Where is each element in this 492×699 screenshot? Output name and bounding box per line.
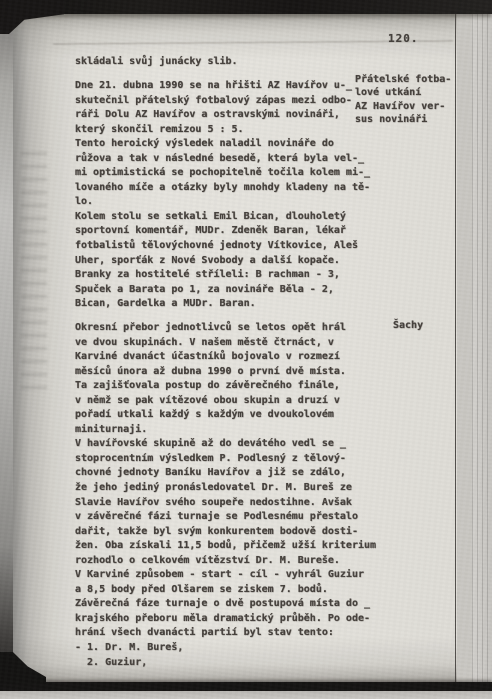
text-line: hrání všech dvanácti partií byl stav ten… <box>75 626 445 641</box>
text-line: Slavie Havířov svého soupeře nedostihne.… <box>75 496 445 511</box>
book-binding-edge <box>0 0 14 699</box>
scanned-document-page: 120. skládali svůj junácky slib. Dne 21.… <box>0 0 492 699</box>
page-number: 120. <box>388 32 419 45</box>
text-line: miniturnaji. <box>75 423 445 438</box>
paper-page: 120. skládali svůj junácky slib. Dne 21.… <box>13 12 457 686</box>
text-line: Okresní přebor jednotlivců se letos opět… <box>75 321 445 336</box>
text-line: Bican, Gardelka a MUDr. Baran. <box>75 297 445 312</box>
text-line: pořadí utkali každý s každým ve dvoukolo… <box>75 408 445 423</box>
text-line: stoprocentním výsledkem P. Podlesný z tě… <box>75 452 445 467</box>
text-line: Tento heroický výsledek naladil novináře… <box>75 137 445 152</box>
text-line: měsíců února až dubna 1990 o první dvě m… <box>75 365 445 380</box>
text-line: chovné jednoty Baníku Havířov a již se z… <box>75 466 445 481</box>
text-line: - 1. Dr. M. Bureš, <box>75 641 445 656</box>
text-line: mi optimistická se pochopitelně točila k… <box>75 166 445 181</box>
scan-background-right <box>472 12 492 684</box>
text-line: rozhodlo o celkovém vítězství Dr. M. Bur… <box>75 554 445 569</box>
paragraph-oath: skládali svůj junácky slib. <box>75 55 445 70</box>
text-line: v němž se pak vítězové obou skupin a dru… <box>75 394 445 409</box>
text-line: V havířovské skupině až do devátého vedl… <box>75 437 445 452</box>
text-line: Branky za hostitelé stříleli: B rachman … <box>75 268 445 283</box>
scan-border-bottom <box>0 682 492 691</box>
showthrough-text-ghost <box>21 152 47 392</box>
text-line: 2. Guziur, <box>75 656 445 671</box>
text-line: sportovní komentář, MUDr. Zdeněk Baran, … <box>75 224 445 239</box>
scan-border-top <box>0 0 492 14</box>
book-page-edges-texture <box>455 10 473 684</box>
text-line: Kolem stolu se setkali Emil Bican, dlouh… <box>75 210 445 225</box>
text-line: Uher, sporťák z Nové Svobody a další kop… <box>75 254 445 269</box>
paragraph-chess-tournament: Okresní přebor jednotlivců se letos opět… <box>75 321 445 670</box>
text-line: lovaného míče a otázky byly mnohdy klade… <box>75 181 445 196</box>
text-line: že jeho jediný pronásledovatel Dr. M. Bu… <box>75 481 445 496</box>
text-line: růžova a tak v následné besedě, která by… <box>75 152 445 167</box>
paragraph-football-match: Dne 21. dubna 1990 se na hřišti AZ Havíř… <box>75 79 445 312</box>
text-line: Karviné dvanáct účastníků bojovalo v roz… <box>75 350 445 365</box>
text-line: V Karviné způsobem - start - cíl - vyhrá… <box>75 568 445 583</box>
text-line: v závěrečné fázi turnaje se Podlesnému p… <box>75 510 445 525</box>
text-line: Ta zajišťovala postup do závěrečného fin… <box>75 379 445 394</box>
text-line: dařit, takže byl svým konkurentem bodově… <box>75 525 445 540</box>
text-line: Závěrečná fáze turnaje o dvě postupová m… <box>75 597 445 612</box>
scan-background-bottom <box>0 691 492 699</box>
text-line: skládali svůj junácky slib. <box>75 55 445 70</box>
text-line: ve dvou skupinách. V našem městě čtrnáct… <box>75 336 445 351</box>
text-line: lo. <box>75 195 445 210</box>
text-line: Spuček a Barata po 1, za novináře Běla -… <box>75 283 445 298</box>
text-line: fotbalistů tělovýchovné jednoty Vítkovic… <box>75 239 445 254</box>
text-line: a 8,5 body před Olšarem se ziskem 7. bod… <box>75 583 445 598</box>
text-line: žen. Oba získali 11,5 bodů, přičemž užší… <box>75 539 445 554</box>
text-line: krajského přeboru měla dramatický průběh… <box>75 612 445 627</box>
